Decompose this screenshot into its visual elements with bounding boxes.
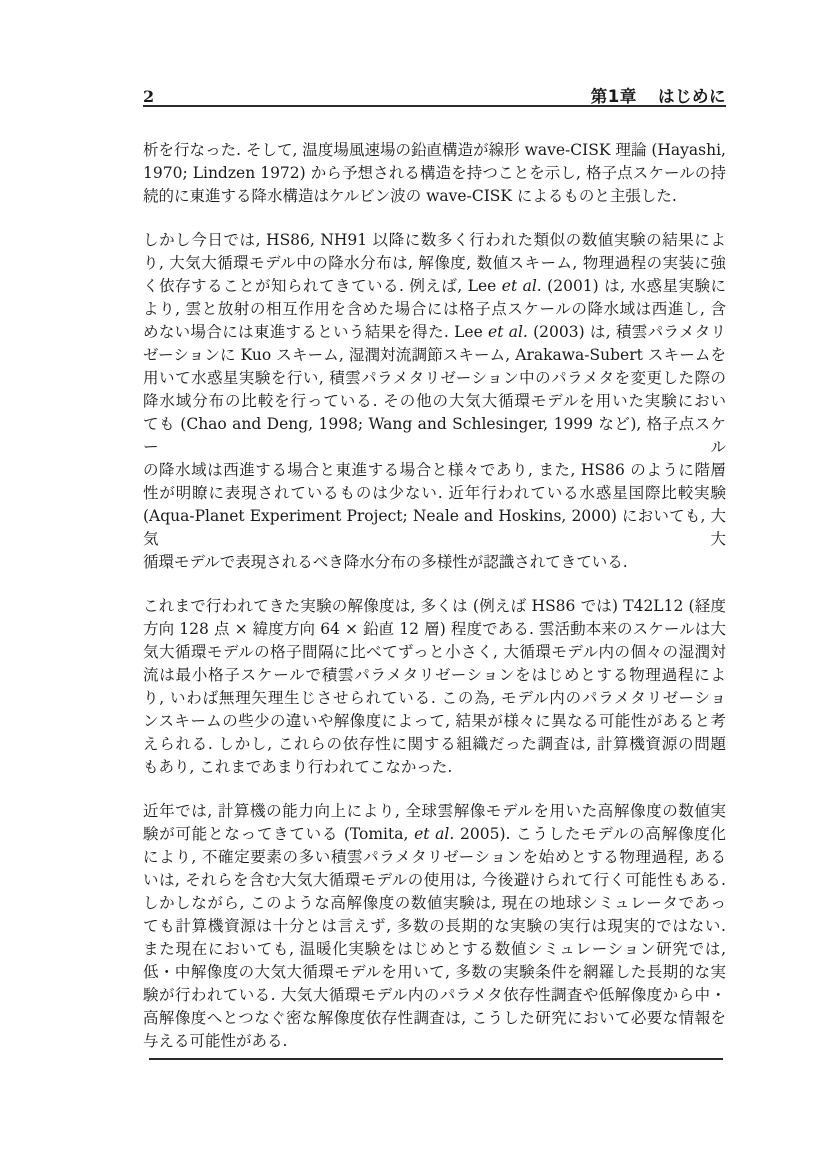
text-line: 低・中解像度の大気大循環モデルを用いて, 多数の実験条件を網羅した長期的な実 xyxy=(143,961,726,984)
document-page: 2 第1章 はじめに 析を行なった. そして, 温度場風速場の鉛直構造が線形 w… xyxy=(0,0,826,1169)
text-line: り, いわば無理矢理生じさせられている. この為, モデル内のパラメタリゼーショ xyxy=(143,687,726,710)
text-line: より, 雲と放射の相互作用を含めた場合には格子点スケールの降水域は西進し, 含 xyxy=(143,298,726,321)
text-line: 与える可能性がある. xyxy=(143,1030,726,1053)
text-line: により, 不確定要素の多い積雲パラメタリゼーションを始めとする物理過程, ある xyxy=(143,846,726,869)
text-line: しかしながら, このような高解像度の数値実験は, 現在の地球シミュレータであっ xyxy=(143,892,726,915)
text-line: の降水域は西進する場合と東進する場合と様々であり, また, HS86 のように階… xyxy=(143,459,726,482)
text-line: もあり, これまであまり行われてこなかった. xyxy=(143,756,726,779)
text-line: いは, それらを含む大気大循環モデルの使用は, 今後避けられて行く可能性もある. xyxy=(143,869,726,892)
paragraph-1: 析を行なった. そして, 温度場風速場の鉛直構造が線形 wave-CISK 理論… xyxy=(143,139,726,208)
text-line: 1970; Lindzen 1972) から予想される構造を持つことを示し, 格… xyxy=(143,162,726,185)
text-line: 続的に東進する降水構造はケルビン波の wave-CISK によるものと主張した. xyxy=(143,185,726,208)
text-line: 方向 128 点 × 緯度方向 64 × 鉛直 12 層) 程度である. 雲活動… xyxy=(143,618,726,641)
text-line: ても計算機資源は十分とは言えず, 多数の長期的な実験の実行は現実的ではない. xyxy=(143,915,726,938)
text-line: 近年では, 計算機の能力向上により, 全球雲解像モデルを用いた高解像度の数値実 xyxy=(143,800,726,823)
text-line: ても (Chao and Deng, 1998; Wang and Schles… xyxy=(143,413,726,459)
text-line: 験が可能となってきている (Tomita, et al. 2005). こうした… xyxy=(143,823,726,846)
text-line: これまで行われてきた実験の解像度は, 多くは (例えば HS86 では) T42… xyxy=(143,595,726,618)
body-text: 析を行なった. そして, 温度場風速場の鉛直構造が線形 wave-CISK 理論… xyxy=(143,139,726,1053)
paragraph-2: しかし今日では, HS86, NH91 以降に数多く行われた類似の数値実験の結果… xyxy=(143,229,726,574)
text-line: く依存することが知られてきている. 例えば, Lee et al. (2001)… xyxy=(143,275,726,298)
running-head: 2 第1章 はじめに xyxy=(143,83,726,107)
text-line: 用いて水惑星実験を行い, 積雲パラメタリゼーション中のパラメタを変更した際の xyxy=(143,367,726,390)
paragraph-3: これまで行われてきた実験の解像度は, 多くは (例えば HS86 では) T42… xyxy=(143,595,726,779)
text-line: 性が明瞭に表現されているものは少ない. 近年行われている水惑星国際比較実験 xyxy=(143,482,726,505)
page-number: 2 xyxy=(143,87,154,106)
text-line: 気大循環モデルの格子間隔に比べてずっと小さく, 大循環モデル内の個々の湿潤対 xyxy=(143,641,726,664)
text-line: 流は最小格子スケールで積雲パラメタリゼーションをはじめとする物理過程によ xyxy=(143,664,726,687)
text-line: えられる. しかし, これらの依存性に関する組織だった調査は, 計算機資源の問題 xyxy=(143,733,726,756)
text-line: めない場合には東進するという結果を得た. Lee et al. (2003) は… xyxy=(143,321,726,344)
footnote-rule xyxy=(149,1058,723,1060)
chapter-title: はじめに xyxy=(658,87,726,106)
header-rule xyxy=(143,105,726,107)
text-line: 降水域分布の比較を行っている. その他の大気大循環モデルを用いた実験におい xyxy=(143,390,726,413)
text-line: しかし今日では, HS86, NH91 以降に数多く行われた類似の数値実験の結果… xyxy=(143,229,726,252)
text-line: 析を行なった. そして, 温度場風速場の鉛直構造が線形 wave-CISK 理論… xyxy=(143,139,726,162)
text-line: ンスキームの些少の違いや解像度によって, 結果が様々に異なる可能性があると考 xyxy=(143,710,726,733)
text-line: 高解像度へとつなぐ密な解像度依存性調査は, こうした研究において必要な情報を xyxy=(143,1007,726,1030)
chapter-label: 第1章 xyxy=(591,87,637,106)
chapter-heading: 第1章 はじめに xyxy=(591,83,726,107)
text-line: 循環モデルで表現されるべき降水分布の多様性が認識されてきている. xyxy=(143,551,726,574)
text-line: 験が行われている. 大気大循環モデル内のパラメタ依存性調査や低解像度から中・ xyxy=(143,984,726,1007)
paragraph-4: 近年では, 計算機の能力向上により, 全球雲解像モデルを用いた高解像度の数値実験… xyxy=(143,800,726,1053)
text-line: ゼーションに Kuo スキーム, 湿潤対流調節スキーム, Arakawa-Sub… xyxy=(143,344,726,367)
text-line: り, 大気大循環モデル中の降水分布は, 解像度, 数値スキーム, 物理過程の実装… xyxy=(143,252,726,275)
text-line: また現在においても, 温暖化実験をはじめとする数値シミュレーション研究では, xyxy=(143,938,726,961)
text-line: (Aqua-Planet Experiment Project; Neale a… xyxy=(143,505,726,551)
